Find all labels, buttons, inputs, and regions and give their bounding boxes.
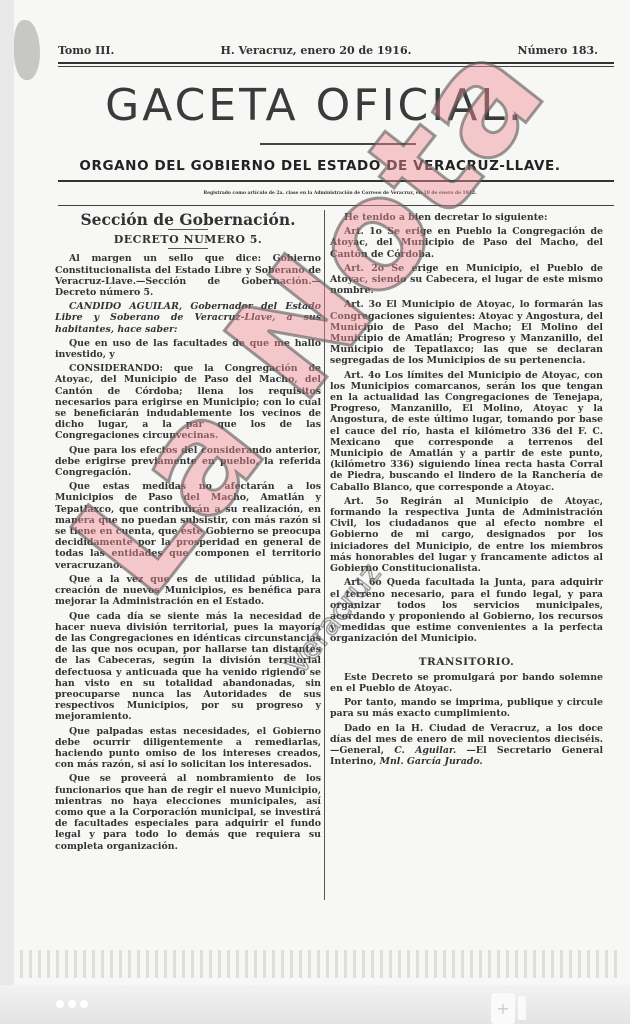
subtitle-rule <box>58 180 614 182</box>
article-5: Art. 5o Regirán al Municipio de Atoyac, … <box>330 496 603 574</box>
article-4: Art. 4o Los límites del Municipio de Ato… <box>330 370 603 493</box>
paragraph: Que para los efectos del considerando an… <box>55 445 321 479</box>
masthead-rule <box>58 66 614 67</box>
more-dots-icon[interactable] <box>56 1000 88 1008</box>
transitorio-paragraph: Este Decreto se promulgará por bando sol… <box>330 672 603 694</box>
section-rule <box>168 229 208 230</box>
side-handle[interactable] <box>518 996 526 1020</box>
column-divider <box>324 210 325 900</box>
right-column: He tenido a bien decretar lo siguiente: … <box>330 212 603 770</box>
volume-label: Tomo III. <box>58 44 114 57</box>
add-button[interactable]: + <box>491 993 515 1024</box>
section-title: Sección de Gobernación. <box>55 214 321 225</box>
decree-rule <box>168 248 208 249</box>
issue-number: Número 183. <box>518 44 598 57</box>
viewer-bottom-bar <box>0 985 630 1024</box>
left-column: Sección de Gobernación. DECRETO NUMERO 5… <box>55 212 321 855</box>
newspaper-subtitle: ORGANO DEL GOBIERNO DEL ESTADO DE VERACR… <box>0 158 630 174</box>
title-ornament <box>260 143 416 145</box>
article-6: Art. 6o Queda facultada la Junta, para a… <box>330 577 603 644</box>
paragraph: CONSIDERANDO: que la Congregación de Ato… <box>55 363 321 441</box>
article-3: Art. 3o El Municipio de Atoyac, lo forma… <box>330 299 603 366</box>
paragraph: Al margen un sello que dice: Gobierno Co… <box>55 253 321 298</box>
registered-note: Registrado como artículo de 2a. clase en… <box>150 191 530 196</box>
governor-signature: C. Aguilar. <box>394 745 456 756</box>
page-bottom-edge <box>20 950 620 978</box>
paragraph: Que palpadas estas necesidades, el Gobie… <box>55 726 321 771</box>
article-1: Art. 1o Se erige en Pueblo la Congregaci… <box>330 226 603 260</box>
newspaper-title: GACETA OFICIAL. <box>0 80 630 131</box>
decree-title: DECRETO NUMERO 5. <box>55 234 321 245</box>
paragraph: He tenido a bien decretar lo siguiente: <box>330 212 603 223</box>
secretary-signature: Mnl. García Jurado. <box>380 756 483 767</box>
masthead-meta: Tomo III. H. Veracruz, enero 20 de 1916.… <box>58 44 598 57</box>
paragraph: Que estas medidas no afectarán a los Mun… <box>55 481 321 571</box>
transitorio-paragraph: Por tanto, mando se imprima, publique y … <box>330 697 603 719</box>
paragraph: Que cada día se siente más la necesidad … <box>55 611 321 723</box>
place-date: H. Veracruz, enero 20 de 1916. <box>220 44 411 57</box>
paragraph: Que a la vez que es de utilidad pública,… <box>55 574 321 608</box>
paragraph: Que se proveerá al nombramiento de los f… <box>55 773 321 851</box>
paragraph: Que en uso de las facultades de que me h… <box>55 338 321 360</box>
governor-intro: CANDIDO AGUILAR, Gobernador del Estado L… <box>55 301 321 335</box>
header-bottom-rule <box>58 205 614 206</box>
transitorio-title: TRANSITORIO. <box>330 657 603 668</box>
closing-paragraph: Dado en la H. Ciudad de Veracruz, a los … <box>330 723 603 768</box>
article-2: Art. 2o Se erige en Municipio, el Pueblo… <box>330 263 603 297</box>
masthead-rule <box>58 62 614 64</box>
